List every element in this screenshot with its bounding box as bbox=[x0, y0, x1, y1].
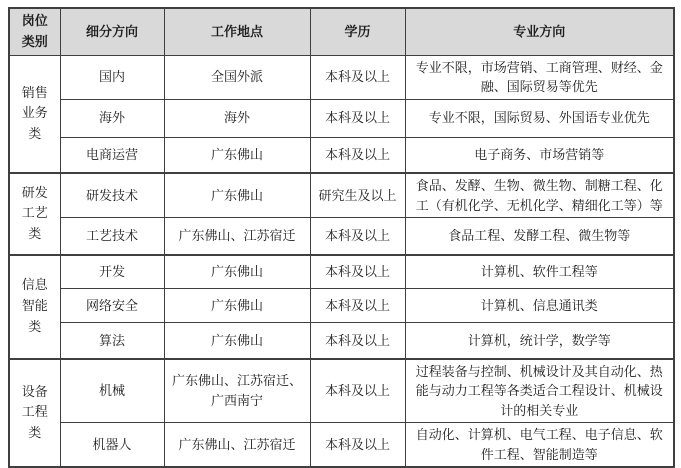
majors-cell: 计算机、信息通讯类 bbox=[405, 289, 674, 323]
table-row: 海外海外本科及以上专业不限，国际贸易、外国语专业优先 bbox=[9, 99, 674, 137]
location-cell: 广东佛山 bbox=[164, 173, 310, 218]
education-cell: 本科及以上 bbox=[310, 55, 405, 99]
education-cell: 本科及以上 bbox=[310, 218, 405, 255]
location-cell: 广东佛山、江苏宿迁 bbox=[164, 423, 310, 468]
education-cell: 本科及以上 bbox=[310, 423, 405, 468]
category-label: 信息智能类 bbox=[22, 275, 48, 337]
table-row: 信息智能类开发广东佛山本科及以上计算机、软件工程等 bbox=[9, 255, 674, 289]
direction-cell: 机械 bbox=[60, 359, 164, 423]
education-cell: 本科及以上 bbox=[310, 323, 405, 359]
table-row: 电商运营广东佛山本科及以上电子商务、市场营销等 bbox=[9, 137, 674, 173]
table-row: 工艺技术广东佛山、江苏宿迁本科及以上食品工程、发酵工程、微生物等 bbox=[9, 218, 674, 255]
education-cell: 本科及以上 bbox=[310, 359, 405, 423]
location-cell: 广东佛山 bbox=[164, 289, 310, 323]
col-header-majors: 专业方向 bbox=[405, 8, 674, 55]
majors-cell: 专业不限，国际贸易、外国语专业优先 bbox=[405, 99, 674, 137]
table-row: 网络安全广东佛山本科及以上计算机、信息通讯类 bbox=[9, 289, 674, 323]
location-cell: 海外 bbox=[164, 99, 310, 137]
page: 岗位类别 细分方向 工作地点 学历 专业方向 销售业务类国内全国外派本科及以上专… bbox=[0, 0, 681, 461]
col-header-category-label: 岗位类别 bbox=[22, 11, 48, 53]
majors-cell: 计算机，统计学，数学等 bbox=[405, 323, 674, 359]
location-cell: 广东佛山 bbox=[164, 323, 310, 359]
category-label: 销售业务类 bbox=[22, 83, 48, 145]
table-body: 销售业务类国内全国外派本科及以上专业不限，市场营销、工商管理、财经、金融、国际贸… bbox=[9, 55, 674, 467]
location-cell: 全国外派 bbox=[164, 55, 310, 99]
direction-cell: 开发 bbox=[60, 255, 164, 289]
education-cell: 本科及以上 bbox=[310, 99, 405, 137]
majors-cell: 自动化、计算机、电气工程、电子信息、软件工程、智能制造等 bbox=[405, 423, 674, 468]
majors-cell: 食品、发酵、生物、微生物、制糖工程、化工（有机化学、无机化学、精细化工等）等 bbox=[405, 173, 674, 218]
location-cell: 广东佛山 bbox=[164, 137, 310, 173]
education-cell: 本科及以上 bbox=[310, 137, 405, 173]
table-header-row: 岗位类别 细分方向 工作地点 学历 专业方向 bbox=[9, 8, 674, 55]
direction-cell: 网络安全 bbox=[60, 289, 164, 323]
direction-cell: 电商运营 bbox=[60, 137, 164, 173]
table-row: 算法广东佛山本科及以上计算机，统计学，数学等 bbox=[9, 323, 674, 359]
category-cell: 设备工程类 bbox=[9, 359, 60, 468]
direction-cell: 海外 bbox=[60, 99, 164, 137]
majors-cell: 过程装备与控制、机械设计及其自动化、热能与动力工程等各类适合工程设计、机械设计的… bbox=[405, 359, 674, 423]
direction-cell: 研发技术 bbox=[60, 173, 164, 218]
direction-cell: 国内 bbox=[60, 55, 164, 99]
education-cell: 本科及以上 bbox=[310, 255, 405, 289]
majors-cell: 电子商务、市场营销等 bbox=[405, 137, 674, 173]
table-row: 研发工艺类研发技术广东佛山研究生及以上食品、发酵、生物、微生物、制糖工程、化工（… bbox=[9, 173, 674, 218]
job-positions-table: 岗位类别 细分方向 工作地点 学历 专业方向 销售业务类国内全国外派本科及以上专… bbox=[8, 7, 675, 468]
table-row: 机器人广东佛山、江苏宿迁本科及以上自动化、计算机、电气工程、电子信息、软件工程、… bbox=[9, 423, 674, 468]
col-header-education: 学历 bbox=[310, 8, 405, 55]
majors-cell: 计算机、软件工程等 bbox=[405, 255, 674, 289]
majors-cell: 食品工程、发酵工程、微生物等 bbox=[405, 218, 674, 255]
col-header-category: 岗位类别 bbox=[9, 8, 60, 55]
location-cell: 广东佛山、江苏宿迁 bbox=[164, 218, 310, 255]
category-cell: 信息智能类 bbox=[9, 255, 60, 359]
direction-cell: 机器人 bbox=[60, 423, 164, 468]
education-cell: 本科及以上 bbox=[310, 289, 405, 323]
majors-cell: 专业不限，市场营销、工商管理、财经、金融、国际贸易等优先 bbox=[405, 55, 674, 99]
col-header-location: 工作地点 bbox=[164, 8, 310, 55]
direction-cell: 算法 bbox=[60, 323, 164, 359]
table-header: 岗位类别 细分方向 工作地点 学历 专业方向 bbox=[9, 8, 674, 55]
col-header-direction: 细分方向 bbox=[60, 8, 164, 55]
category-cell: 研发工艺类 bbox=[9, 173, 60, 255]
table-row: 销售业务类国内全国外派本科及以上专业不限，市场营销、工商管理、财经、金融、国际贸… bbox=[9, 55, 674, 99]
table-row: 设备工程类机械广东佛山、江苏宿迁、广西南宁本科及以上过程装备与控制、机械设计及其… bbox=[9, 359, 674, 423]
direction-cell: 工艺技术 bbox=[60, 218, 164, 255]
category-cell: 销售业务类 bbox=[9, 55, 60, 173]
category-label: 设备工程类 bbox=[22, 382, 48, 444]
category-label: 研发工艺类 bbox=[22, 183, 48, 245]
location-cell: 广东佛山、江苏宿迁、广西南宁 bbox=[164, 359, 310, 423]
education-cell: 研究生及以上 bbox=[310, 173, 405, 218]
location-cell: 广东佛山 bbox=[164, 255, 310, 289]
